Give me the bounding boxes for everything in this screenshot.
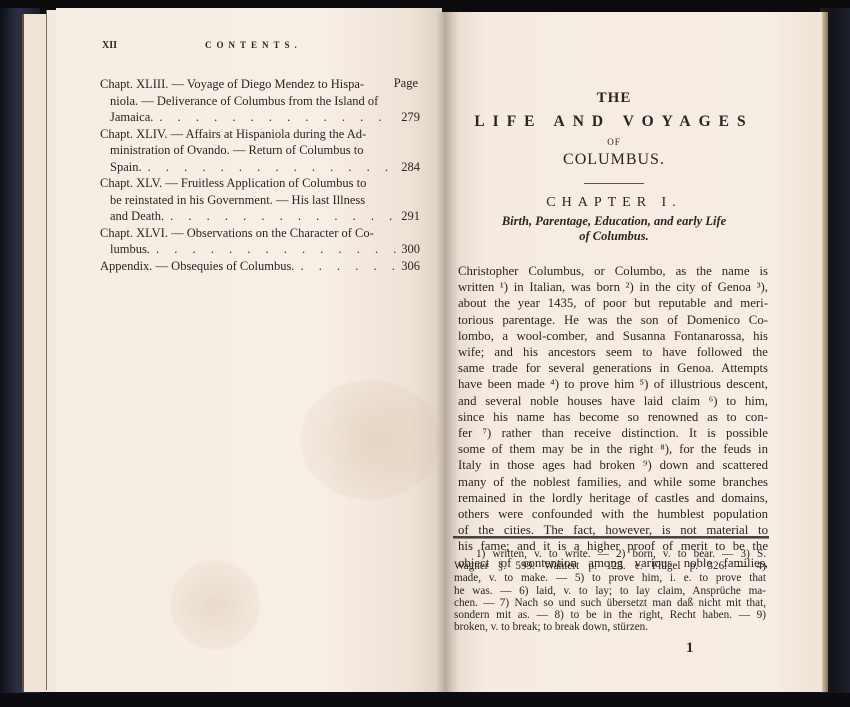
toc-entry[interactable]: Chapt. XLIV. — Affairs at Hispaniola dur…: [100, 126, 420, 176]
body-line: have been made ⁴) to prove him ⁵) of ill…: [458, 376, 768, 392]
body-line: some of them may be in the right ⁸), for…: [458, 441, 768, 457]
title-divider: [584, 183, 644, 184]
footnote-line: broken, v. to break; to break down, stür…: [454, 621, 766, 633]
toc-line: ministration of Ovando. — Return of Colu…: [100, 142, 420, 159]
footnote-line: he was. — 6) laid, v. to lay; to lay cla…: [454, 585, 766, 597]
toc-page-number: 284: [401, 159, 420, 176]
body-line: and several noble houses have laid claim…: [458, 393, 768, 409]
toc-line: niola. — Deliverance of Columbus from th…: [100, 93, 420, 110]
title-subject: COLUMBUS.: [460, 151, 768, 169]
toc-entry[interactable]: Chapt. XLV. — Fruitless Application of C…: [100, 175, 420, 225]
title-block: THE LIFE AND VOYAGES OF COLUMBUS. CHAPTE…: [460, 90, 768, 244]
running-head: XII CONTENTS.: [100, 40, 420, 60]
toc-line: lumbus.: [110, 241, 150, 258]
toc-line: Chapt. XLIV. — Affairs at Hispaniola dur…: [100, 126, 420, 143]
toc-line: Spain.: [110, 159, 142, 176]
body-line: others were confounded with the humblest…: [458, 506, 768, 522]
chapter-body: Christopher Columbus, or Columbo, as the…: [458, 263, 768, 571]
book-cover-bottom: [0, 693, 850, 707]
chapter-subtitle: Birth, Parentage, Education, and early L…: [460, 214, 768, 244]
footnote-line: 1) written, v. to write. — 2) born, v. t…: [454, 548, 766, 560]
paper-stain: [300, 380, 440, 500]
toc-entry[interactable]: Chapt. XLIII. — Voyage of Diego Mendez t…: [100, 76, 420, 126]
book-title: LIFE AND VOYAGES: [460, 113, 768, 131]
body-line: Christopher Columbus, or Columbo, as the…: [458, 263, 768, 279]
body-line: lombo, a wool-comber, and Susanna Fontan…: [458, 328, 768, 344]
toc-line: Chapt. XLIII. — Voyage of Diego Mendez t…: [100, 76, 420, 93]
page-edge-right: [822, 12, 828, 692]
chapter-subtitle-line: Birth, Parentage, Education, and early L…: [460, 214, 768, 229]
toc-line: Chapt. XLV. — Fruitless Application of C…: [100, 175, 420, 192]
toc-line: and Death.: [110, 208, 164, 225]
leader-dots: . . . . . . . . . . . . . . . . . . . . …: [153, 109, 397, 126]
body-line: many of the noblest families, and while …: [458, 474, 768, 490]
body-line: fer ⁷) rather than receive distinction. …: [458, 425, 768, 441]
contents-page: XII CONTENTS. Page Chapt. XLIII. — Voyag…: [100, 40, 420, 274]
toc-page-number: 279: [401, 109, 420, 126]
leader-dots: . . . . . . . . . . . . . . . . . . . . …: [164, 208, 397, 225]
body-line: wife; and his ancestors seem to have fol…: [458, 344, 768, 360]
chapter-heading: CHAPTER I.: [460, 195, 768, 211]
body-line: since his name has become so renowned as…: [458, 409, 768, 425]
toc-entry[interactable]: Chapt. XLVI. — Observations on the Chara…: [100, 225, 420, 258]
body-line: about the year 1435, of poor but reputab…: [458, 295, 768, 311]
toc-page-number: 291: [401, 208, 420, 225]
toc-entry[interactable]: Appendix. — Obsequies of Columbus.. . . …: [100, 258, 420, 275]
footnote-divider: [453, 536, 769, 539]
toc-page-number: 306: [401, 258, 420, 275]
leader-dots: . . . . . . . . . . . . . . . . . . . . …: [142, 159, 398, 176]
leader-dots: . . . . . . . . . . . . . . . . . . . . …: [150, 241, 397, 258]
leader-dots: . . . . . . . . . . . .: [294, 258, 397, 275]
body-line: same trade for several generations in Ge…: [458, 360, 768, 376]
signature-mark: 1: [686, 640, 694, 657]
footnotes: 1) written, v. to write. — 2) born, v. t…: [454, 548, 766, 633]
title-the: THE: [460, 90, 768, 107]
running-title: CONTENTS.: [205, 40, 302, 50]
body-line: written ¹) in Italian, was born ²) in th…: [458, 279, 768, 295]
chapter-subtitle-line: of Columbus.: [460, 229, 768, 244]
footnote-line: made, v. to make. — 5) to prove him, i. …: [454, 572, 766, 584]
paper-stain: [170, 560, 260, 650]
footnote-line: sondern mit as. — 8) to be in the right,…: [454, 609, 766, 621]
toc-line: Appendix. — Obsequies of Columbus.: [100, 258, 294, 275]
toc-line: Chapt. XLVI. — Observations on the Chara…: [100, 225, 420, 242]
title-of: OF: [460, 137, 768, 147]
toc-line: be reinstated in his Government. — His l…: [100, 192, 420, 209]
footnote-line: chen. — 7) Nach so und such übersetzt ma…: [454, 597, 766, 609]
page-folio: XII: [102, 40, 117, 51]
toc-page-number: 300: [401, 241, 420, 258]
toc-line: Jamaica.: [110, 109, 153, 126]
footnote-line: Wagner §. 599. Wahlert p. 125. e. Flügel…: [454, 560, 766, 572]
body-line: Italy in those ages had broken ⁹) down a…: [458, 457, 768, 473]
body-line: torious parentage. He was the son of Dom…: [458, 312, 768, 328]
body-line: remained in the lordly heritage of castl…: [458, 490, 768, 506]
